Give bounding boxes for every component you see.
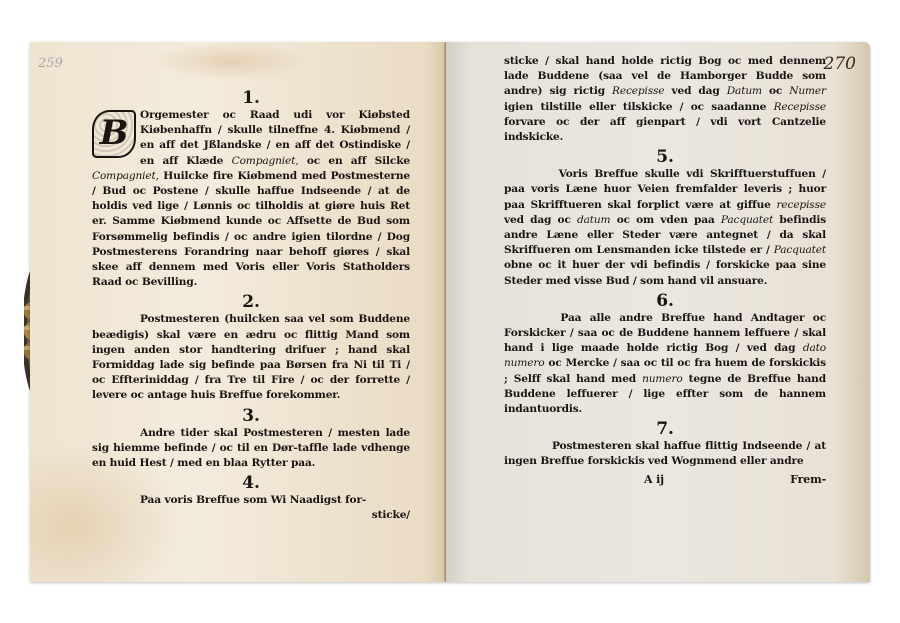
open-book: 259 1. B Orgemester oc Raad udi vor Kiøb… [30,42,870,582]
continued-paragraph: sticke / skal hand holde rictig Bog oc m… [504,54,826,145]
left-page: 259 1. B Orgemester oc Raad udi vor Kiøb… [30,42,446,582]
margin-page-number: 270 [824,54,856,74]
section-5-paragraph: Voris Breffue skulle vdi Skrifftuerstuff… [504,167,826,289]
catchword: sticke/ [92,508,410,523]
catchword: Frem- [790,472,826,487]
right-page-text: sticke / skal hand holde rictig Bog oc m… [504,54,826,488]
section-number: 5. [504,147,826,167]
section-7-paragraph: Postmesteren skal haffue flittig Indseen… [504,439,826,469]
right-page: 270 sticke / skal hand holde rictig Bog … [446,42,870,582]
signature-mark: A ij [644,472,664,487]
page-footer: A ij Frem- [504,472,826,488]
section-number: 4. [92,473,410,493]
section-2-paragraph: Postmesteren (huilcken saa vel som Budde… [92,312,410,403]
section-1-paragraph: B Orgemester oc Raad udi vor Kiøbsted Ki… [92,108,410,290]
section-number: 3. [92,406,410,426]
section-number: 6. [504,291,826,311]
water-stain [150,42,310,80]
margin-page-number: 259 [38,56,63,71]
ornamental-drop-cap: B [92,110,136,158]
section-6-paragraph: Paa alle andre Breffue hand Andtager oc … [504,311,826,417]
section-number: 2. [92,292,410,312]
section-4-paragraph: Paa voris Breffue som Wi Naadigst for- [92,493,410,508]
section-number: 1. [92,88,410,108]
section-3-paragraph: Andre tider skal Postmesteren / mesten l… [92,426,410,472]
section-number: 7. [504,419,826,439]
left-page-text: 1. B Orgemester oc Raad udi vor Kiøbsted… [92,86,410,524]
